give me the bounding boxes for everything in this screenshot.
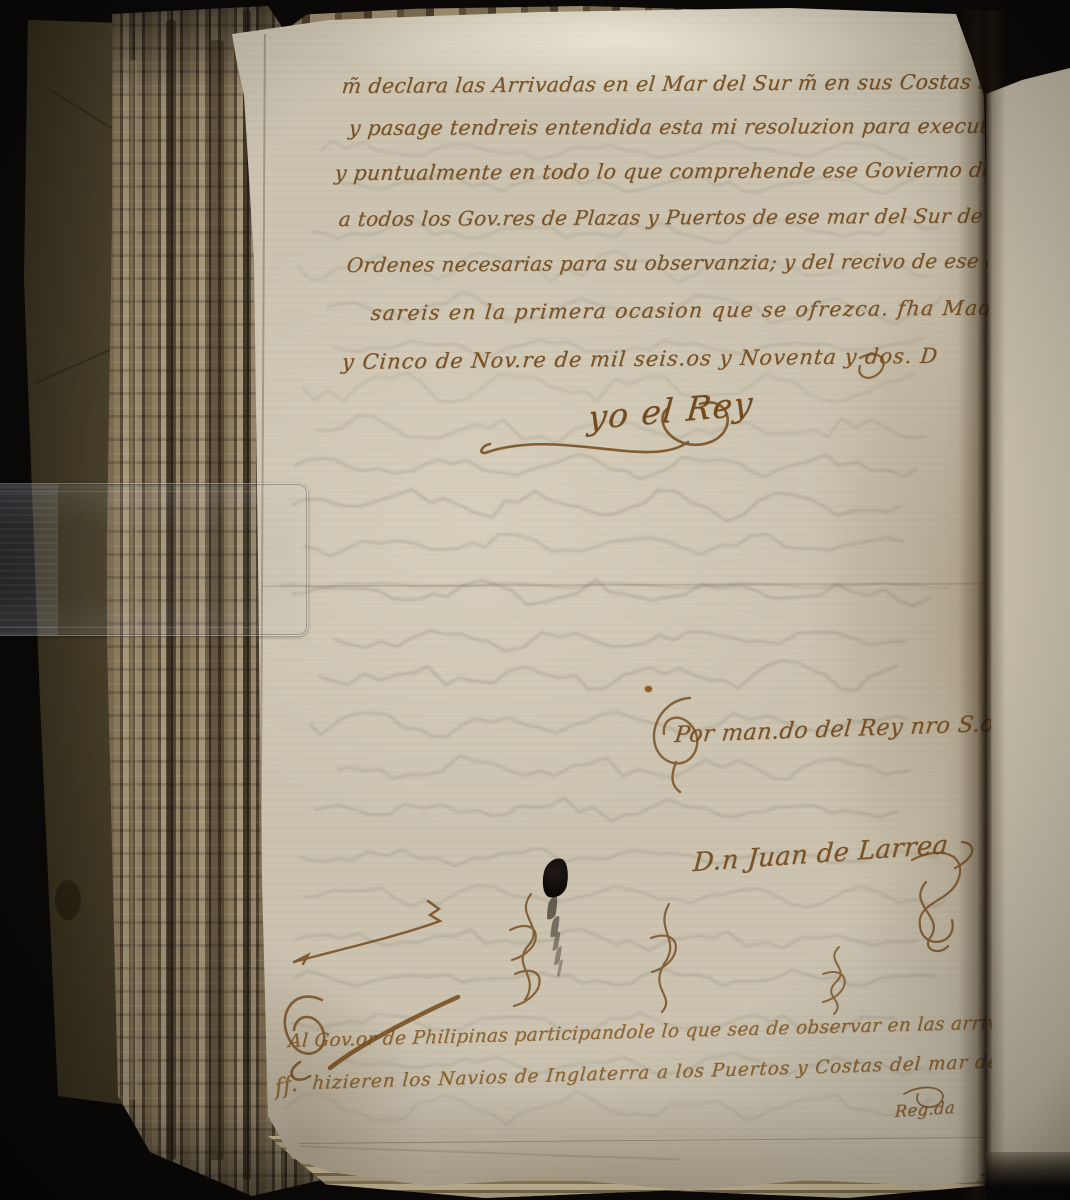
showthrough-squiggle	[321, 141, 907, 161]
rubric-flourish	[510, 894, 540, 1006]
gutter-shadow	[958, 10, 1006, 1200]
showthrough-squiggle	[304, 886, 947, 908]
fold-crease	[262, 583, 986, 588]
rubric-arrow-flourish	[294, 901, 440, 964]
acrylic-strip-overlay	[0, 483, 308, 636]
secretary-signature: D.n Juan de Larrea	[692, 830, 949, 878]
fold-crease	[300, 1145, 680, 1160]
rubric-flourish	[651, 904, 676, 1012]
showthrough-squiggle	[337, 756, 910, 780]
rubric-flourish	[823, 947, 845, 1014]
docket-margin-mark: ff.	[274, 1071, 299, 1101]
royal-signature: yo el Rey	[587, 384, 756, 438]
countersign-line: Por man.do del Rey nro S.or	[673, 710, 1006, 748]
manuscript-photo: m̃ declara las Arrivadas en el Mar del S…	[0, 0, 1070, 1200]
showthrough-squiggle	[313, 798, 898, 822]
cover-crease	[55, 880, 81, 920]
showthrough-squiggle	[295, 929, 916, 951]
showthrough-squiggle	[334, 631, 907, 651]
docket-line-2: hizieren los Navios de Inglaterra a los …	[311, 1050, 1050, 1094]
showthrough-squiggle	[294, 454, 918, 479]
showthrough-squiggle	[318, 661, 898, 691]
ink-dot	[645, 686, 652, 692]
manuscript-line: y Cinco de Nov.re de mil seis.os y Noven…	[341, 344, 940, 374]
showthrough-squiggle	[286, 1091, 933, 1125]
docket-line-1: Al Gov.or de Philipinas participandole l…	[287, 1011, 1061, 1052]
showthrough-squiggle	[303, 535, 905, 557]
registration-note: Reg.da	[894, 1098, 955, 1121]
ink-blot	[540, 856, 572, 900]
facing-page-bottom-shadow	[986, 1152, 1070, 1200]
frame-rule-bottom	[300, 1137, 986, 1144]
showthrough-squiggle	[292, 489, 901, 521]
showthrough-squiggle	[295, 969, 935, 986]
